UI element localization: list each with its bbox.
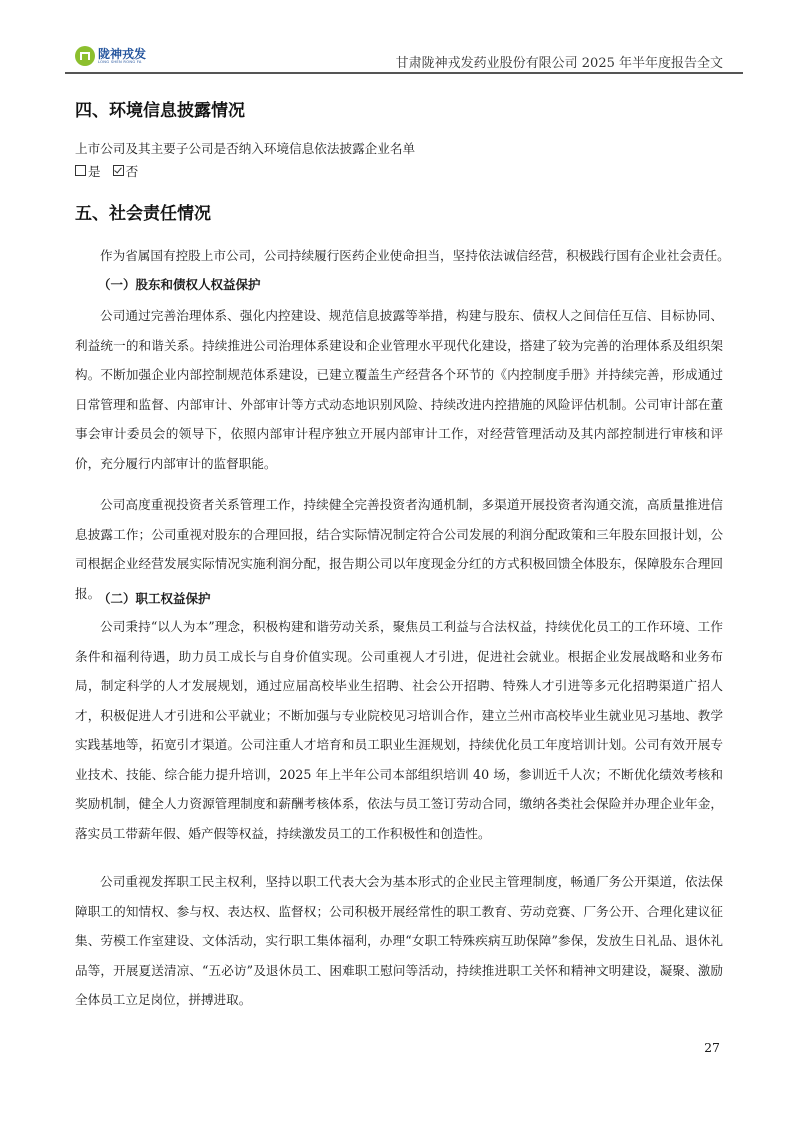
page-number: 27	[704, 1040, 720, 1055]
option-yes: 是	[75, 161, 101, 180]
paragraph-governance: 公司通过完善治理体系、强化内控建设、规范信息披露等举措，构建与股东、债权人之间信…	[75, 301, 723, 478]
intro-paragraph: 作为省属国有控股上市公司，公司持续履行医药企业使命担当，坚持依法诚信经营，积极践…	[100, 245, 730, 264]
logo-english-text: LONG SHEN RONG FA	[98, 60, 146, 65]
paragraph-employee-democracy: 公司重视发挥职工民主权利，坚持以职工代表大会为基本形式的企业民主管理制度，畅通厂…	[75, 867, 723, 1015]
unchecked-box-icon	[75, 165, 86, 176]
option-no: 否	[113, 161, 139, 180]
subheading-shareholder-rights: （一）股东和债权人权益保护	[98, 275, 261, 293]
page-header: 陇神戎发 LONG SHEN RONG FA 甘肃陇神戎发药业股份有限公司 20…	[75, 44, 723, 72]
logo-chinese-text: 陇神戎发	[98, 48, 146, 60]
logo-icon	[75, 46, 95, 66]
header-divider	[65, 72, 743, 74]
report-title: 甘肃陇神戎发药业股份有限公司 2025 年半年度报告全文	[396, 52, 723, 71]
disclosure-answer: 是 否	[75, 161, 146, 180]
disclosure-question: 上市公司及其主要子公司是否纳入环境信息依法披露企业名单	[75, 138, 415, 157]
checked-box-icon	[113, 165, 124, 176]
company-logo: 陇神戎发 LONG SHEN RONG FA	[75, 46, 146, 66]
section-heading-environment: 四、环境信息披露情况	[75, 96, 245, 121]
paragraph-employee-development: 公司秉持“以人为本”理念，积极构建和谐劳动关系，聚焦员工利益与合法权益，持续优化…	[75, 612, 723, 848]
subheading-employee-rights: （二）职工权益保护	[98, 589, 211, 607]
section-heading-social-responsibility: 五、社会责任情况	[75, 199, 211, 224]
